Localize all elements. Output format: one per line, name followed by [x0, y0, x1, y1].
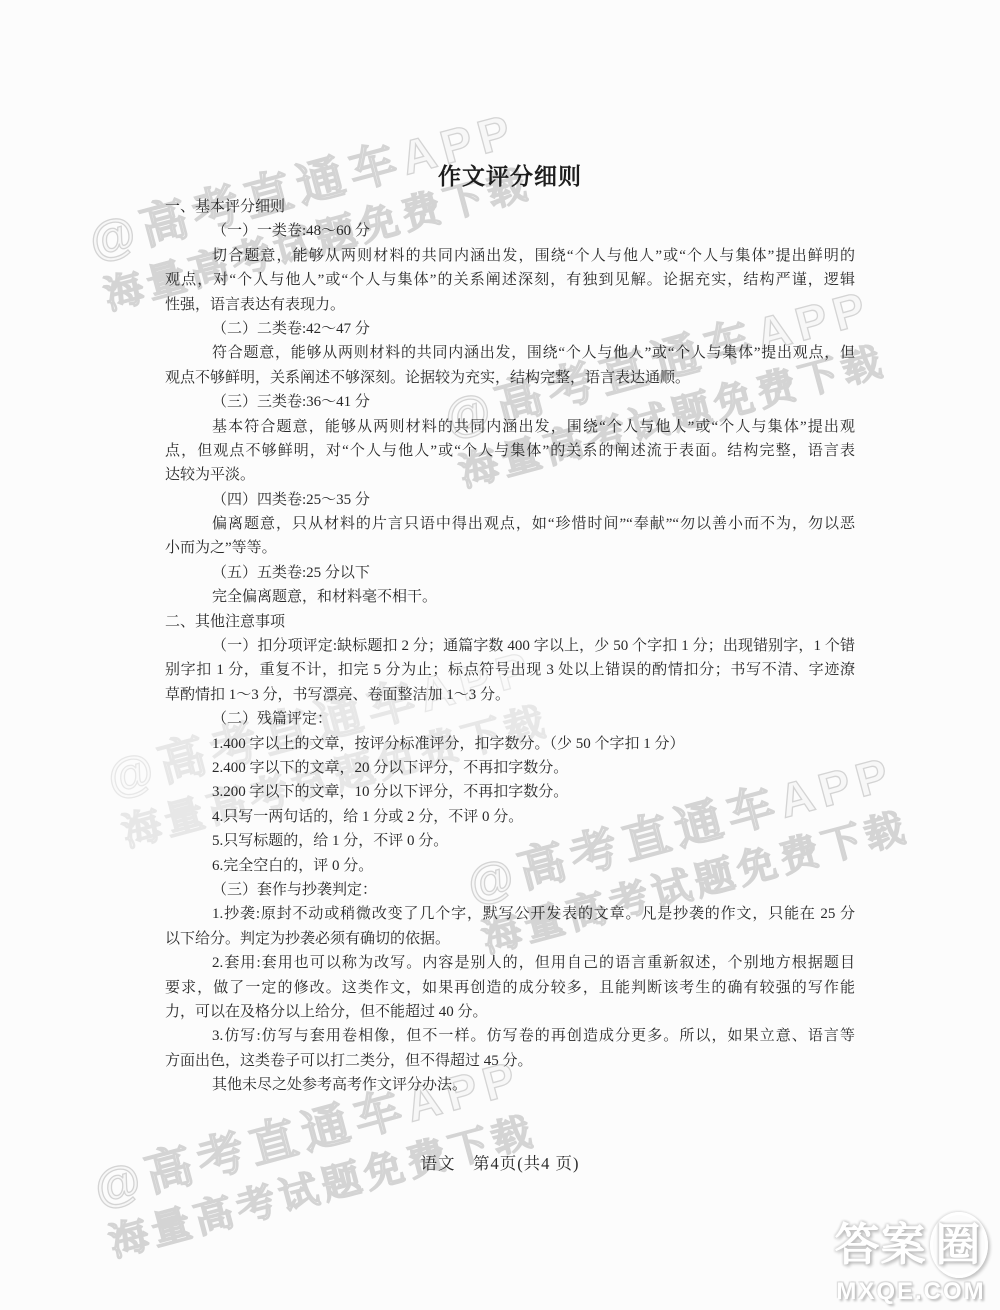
text-line: 方面出色，这类卷子可以打二类分，但不得超过 45 分。 — [165, 1049, 855, 1073]
text-line: （五）五类卷:25 分以下 — [165, 561, 855, 585]
text-line: 2.400 字以下的文章，20 分以下评分，不再扣字数分。 — [165, 756, 855, 780]
text-line: 4.只写一两句话的，给 1 分或 2 分，不评 0 分。 — [165, 805, 855, 829]
text-line: （二）残篇评定： — [165, 707, 855, 731]
text-line: 性强，语言表达有表现力。 — [165, 293, 855, 317]
text-line: 完全偏离题意，和材料毫不相干。 — [165, 585, 855, 609]
logo-brand-text: 答案 — [834, 1219, 926, 1270]
text-line: 2.套用:套用也可以称为改写。内容是别人的，但用自己的语言重新叙述，个别地方根据… — [165, 951, 855, 975]
text-line: 达较为平淡。 — [165, 463, 855, 487]
scanned-exam-page: @高考直通车APP 海量高考试题免费下载 @高考直通车APP 海量高考试题免费下… — [0, 0, 1000, 1310]
text-line: 点，但观点不够鲜明，对“个人与他人”或“个人与集体”的关系的阐述流于表面。结构完… — [165, 439, 855, 463]
text-line: 偏离题意，只从材料的片言只语中得出观点，如“珍惜时间”“奉献”“勿以善小而不为，… — [165, 512, 855, 536]
text-line: （二）二类卷:42～47 分 — [165, 317, 855, 341]
text-line: 要求，做了一定的修改。这类作文，如果再创造的成分较多，且能判断该考生的确有较强的… — [165, 976, 855, 1000]
text-line: 5.只写标题的，给 1 分，不评 0 分。 — [165, 829, 855, 853]
text-line: 6.完全空白的，评 0 分。 — [165, 854, 855, 878]
text-line: （一）扣分项评定:缺标题扣 2 分；通篇字数 400 字以上，少 50 个字扣 … — [165, 634, 855, 658]
text-line: 1.400 字以上的文章，按评分标准评分，扣字数分。（少 50 个字扣 1 分） — [165, 732, 855, 756]
text-line: 小而为之”等等。 — [165, 536, 855, 560]
page-footer: 语文 第4页(共4 页) — [0, 1150, 1000, 1174]
text-line: 符合题意，能够从两则材料的共同内涵出发，围绕“个人与他人”或“个人与集体”提出观… — [165, 341, 855, 365]
text-line: 别字扣 1 分，重复不计，扣完 5 分为止；标点符号出现 3 处以上错误的酌情扣… — [165, 658, 855, 682]
page-title: 作文评分细则 — [165, 162, 855, 190]
text-line: 一、基本评分细则 — [165, 195, 855, 219]
document-content: 作文评分细则 一、基本评分细则（一）一类卷:48～60 分切合题意，能够从两则材… — [165, 162, 855, 1097]
logo-brand: 答案圈 — [816, 1212, 1000, 1278]
text-line: 以下给分。判定为抄袭必须有确切的依据。 — [165, 927, 855, 951]
text-line: （一）一类卷:48～60 分 — [165, 219, 855, 243]
watermark-line2: 海量高考试题免费下载 — [45, 1089, 600, 1286]
text-line: 观点不够鲜明，关系阐述不够深刻。论据较为充实，结构完整，语言表达通顺。 — [165, 366, 855, 390]
text-line: 1.抄袭:原封不动或稍微改变了几个字，默写公开发表的文章。凡是抄袭的作文，只能在… — [165, 902, 855, 926]
text-line: 观点，对“个人与他人”或“个人与集体”的关系阐述深刻，有独到见解。论据充实，结构… — [165, 268, 855, 292]
logo-circle-badge: 圈 — [930, 1212, 988, 1278]
text-line: 二、其他注意事项 — [165, 610, 855, 634]
text-line: 其他未尽之处参考高考作文评分办法。 — [165, 1073, 855, 1097]
text-line: （三）三类卷:36～41 分 — [165, 390, 855, 414]
text-line: 力，可以在及格分以上给分，但不能超过 40 分。 — [165, 1000, 855, 1024]
text-line: 3.仿写:仿写与套用卷相像，但不一样。仿写卷的再创造成分更多。所以，如果立意、语… — [165, 1024, 855, 1048]
text-line: 3.200 字以下的文章，10 分以下评分，不再扣字数分。 — [165, 780, 855, 804]
text-line: 草酌情扣 1～3 分，书写漂亮、卷面整洁加 1～3 分。 — [165, 683, 855, 707]
text-line: （三）套作与抄袭判定： — [165, 878, 855, 902]
text-line: 基本符合题意，能够从两则材料的共同内涵出发，围绕“个人与他人”或“个人与集体”提… — [165, 415, 855, 439]
text-line: （四）四类卷:25～35 分 — [165, 488, 855, 512]
answer-site-logo: 答案圈 MXQE.COM — [816, 1212, 1000, 1306]
logo-site-url: MXQE.COM — [816, 1278, 1000, 1306]
text-line: 切合题意，能够从两则材料的共同内涵出发，围绕“个人与他人”或“个人与集体”提出鲜… — [165, 244, 855, 268]
document-body: 一、基本评分细则（一）一类卷:48～60 分切合题意，能够从两则材料的共同内涵出… — [165, 195, 855, 1097]
